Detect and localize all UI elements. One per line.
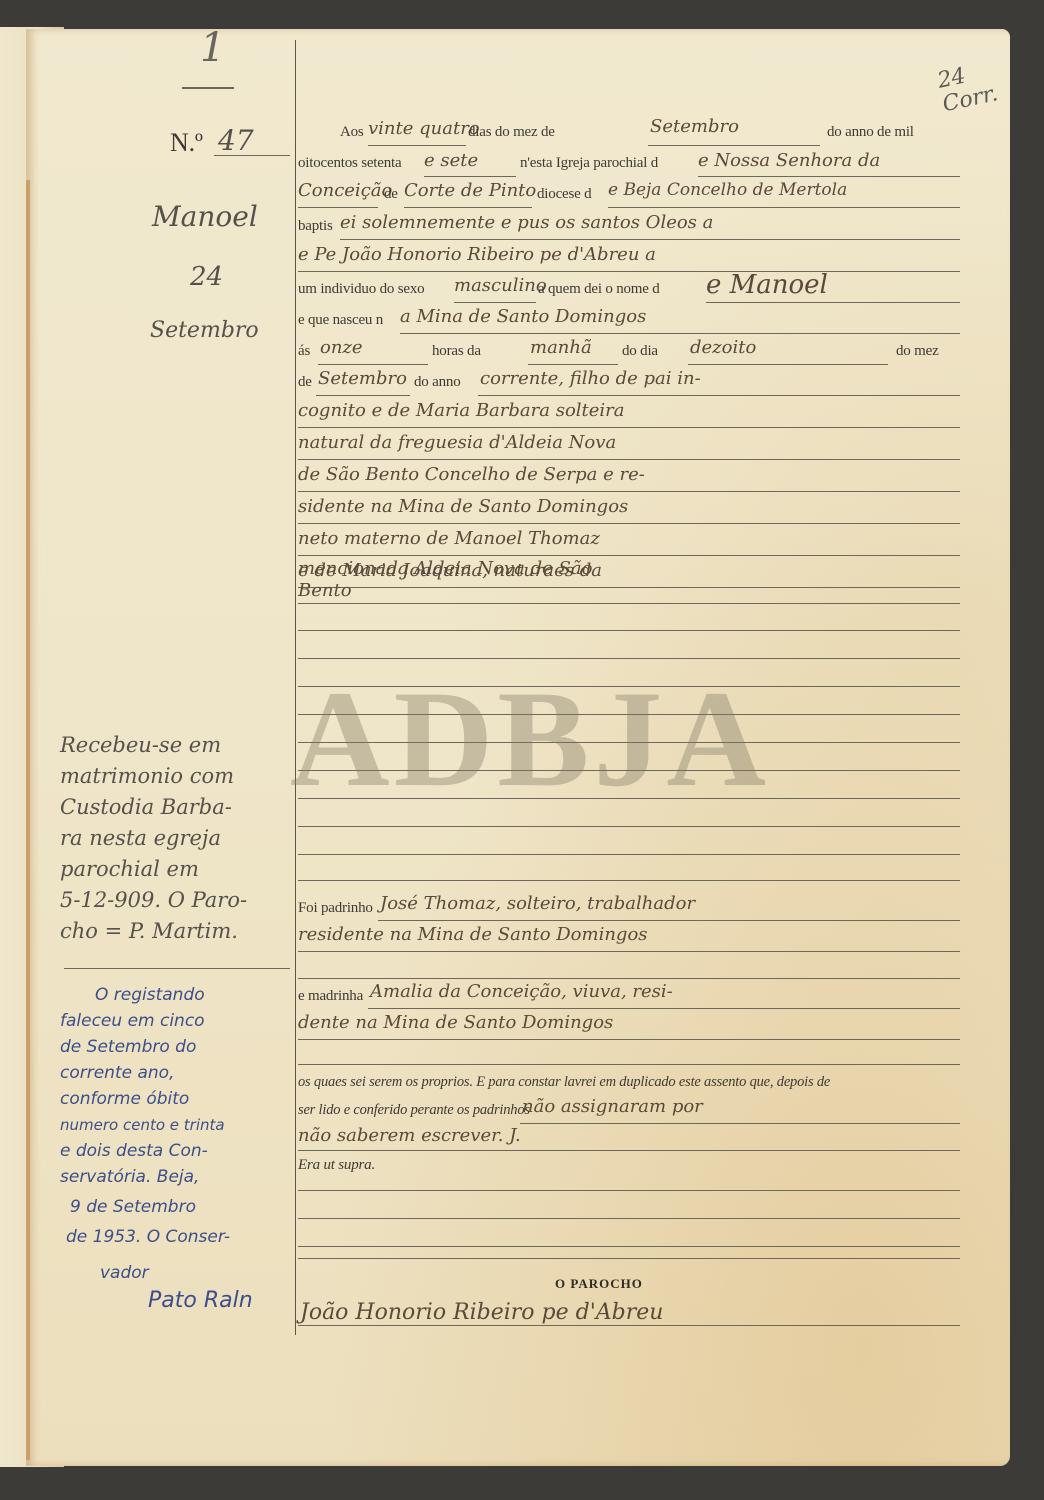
archive-watermark: ADBJA: [290, 670, 770, 808]
death-note-line: O registando: [95, 982, 325, 1008]
printed-text: n'esta Igreja parochial d: [520, 155, 658, 172]
printed-text: de: [384, 186, 398, 203]
signature-line: [298, 1325, 960, 1326]
handwritten-birthplace: a Mina de Santo Domingos: [400, 306, 646, 327]
form-line: [454, 302, 536, 303]
form-line: [298, 459, 960, 460]
handwritten-diocese: e Beja Concelho de Mertola: [608, 180, 847, 200]
blank-line: [298, 854, 960, 855]
conservador-signature: Pato Raln: [148, 1288, 253, 1313]
death-note-line: servatória. Beja,: [60, 1164, 290, 1190]
godfather-line-2: residente na Mina de Santo Domingos: [298, 924, 648, 945]
death-note-line: de Setembro do: [60, 1034, 290, 1060]
form-line: [478, 395, 960, 396]
printed-text: de: [298, 374, 312, 391]
blank-line: [298, 1258, 960, 1259]
handwritten-hour: onze: [320, 337, 363, 358]
handwritten-birth-month: Setembro: [318, 368, 407, 389]
form-line: [298, 1150, 960, 1151]
form-line: [298, 427, 960, 428]
godmother-line-2: dente na Mina de Santo Domingos: [298, 1012, 613, 1033]
blank-line: [298, 1246, 960, 1247]
printed-text: dias do mez de: [468, 124, 555, 141]
form-line: [400, 333, 960, 334]
page-number-underline: [182, 87, 234, 89]
printed-text: um individuo do sexo: [298, 281, 424, 298]
godfather-line-1: José Thomaz, solteiro, trabalhador: [380, 893, 695, 914]
entry-number: 47: [218, 124, 254, 157]
printed-text: oitocentos setenta: [298, 155, 401, 172]
blank-line: [298, 1064, 960, 1065]
handwritten-line: neto materno de Manoel Thomaz: [298, 528, 600, 549]
parocho-label: O PAROCHO: [555, 1276, 643, 1292]
form-line: [298, 603, 960, 604]
handwritten-line: de São Bento Concelho de Serpa e re-: [298, 464, 645, 485]
handwritten-day: vinte quatro: [368, 118, 480, 139]
priest-signature: João Honorio Ribeiro pe d'Abreu: [300, 1300, 663, 1325]
printed-text: Aos: [340, 124, 364, 141]
handwritten-birth-day: dezoito: [690, 337, 756, 358]
form-line: [318, 364, 428, 365]
handwritten-line: mencionada Aldeia Nova de São: [298, 558, 592, 579]
death-note-line: conforme óbito: [60, 1086, 290, 1112]
form-line: [706, 302, 960, 303]
form-line: [528, 364, 618, 365]
form-line: [316, 395, 410, 396]
death-note-line: 9 de Setembro: [70, 1194, 300, 1220]
printed-text: ás: [298, 343, 310, 360]
form-line: [298, 555, 960, 556]
form-line: [378, 920, 960, 921]
handwritten-year: e sete: [424, 150, 478, 171]
closing-handwritten-2: não saberem escrever. J.: [298, 1125, 521, 1146]
form-line: [608, 207, 960, 208]
handwritten-line: natural da freguesia d'Aldeia Nova: [298, 432, 616, 453]
form-line: [688, 364, 888, 365]
blank-line: [298, 658, 960, 659]
blank-line: [298, 630, 960, 631]
form-line: [368, 1008, 960, 1009]
printed-text: a quem dei o nome d: [538, 281, 660, 298]
margin-name: Manoel: [152, 200, 258, 233]
form-line: [298, 271, 960, 272]
era-ut-supra: Era ut supra.: [298, 1157, 375, 1174]
godmother-line-1: Amalia da Conceição, viuva, resi-: [370, 981, 673, 1002]
handwritten-line: Bento: [298, 580, 352, 601]
marriage-note-line: ra nesta egreja: [60, 823, 290, 854]
form-line: [298, 207, 378, 208]
blank-line: [298, 1190, 960, 1191]
marriage-note-line: matrimonio com: [60, 761, 290, 792]
blank-line: [298, 978, 960, 979]
handwritten-line: sidente na Mina de Santo Domingos: [298, 496, 628, 517]
form-line: [298, 491, 960, 492]
form-line: [404, 207, 532, 208]
handwritten-month: Setembro: [650, 116, 739, 137]
handwritten-sex: masculino: [454, 275, 547, 296]
godmother-label: e madrinha: [298, 988, 363, 1005]
handwritten-priest: e Pe João Honorio Ribeiro pe d'Abreu a: [298, 244, 656, 265]
form-line: [298, 587, 960, 588]
death-note-line: de 1953. O Conser-: [66, 1224, 296, 1250]
margin-month: Setembro: [150, 318, 259, 343]
marriage-note-line: cho = P. Martim.: [60, 916, 290, 947]
closing-text-2: ser lido e conferido perante os padrinho…: [298, 1102, 530, 1119]
form-line: [340, 239, 960, 240]
handwritten-filiation: corrente, filho de pai in-: [480, 368, 701, 389]
handwritten-baptism: ei solemnemente e pus os santos Oleos a: [340, 212, 713, 233]
marriage-note-line: parochial em: [60, 854, 290, 885]
blank-line: [298, 826, 960, 827]
printed-text: do mez: [896, 343, 939, 360]
blank-line: [298, 1218, 960, 1219]
printed-text: do anno de mil: [827, 124, 914, 141]
marriage-note-line: Custodia Barba-: [60, 792, 290, 823]
handwritten-town: Corte de Pinto: [404, 180, 536, 201]
page-number: 1: [200, 25, 225, 71]
printed-text: diocese d: [537, 186, 591, 203]
marriage-note-line: 5-12-909. O Paro-: [60, 885, 290, 916]
form-line: [298, 523, 960, 524]
death-note-line: e dois desta Con-: [60, 1138, 290, 1164]
handwritten-parish: e Nossa Senhora da: [698, 150, 880, 171]
margin-day: 24: [190, 262, 223, 292]
printed-text: e que nasceu n: [298, 312, 383, 329]
marriage-note-line: Recebeu-se em: [60, 730, 290, 761]
form-line: [698, 176, 960, 177]
form-line: [520, 1123, 960, 1124]
page-binding-edge: [26, 180, 30, 1460]
form-line: [298, 951, 960, 952]
form-line: [298, 1039, 960, 1040]
form-line: [648, 145, 820, 146]
printed-text: do dia: [622, 343, 658, 360]
margin-divider: [64, 968, 290, 969]
printed-text: baptis: [298, 218, 333, 235]
death-note-line: corrente ano,: [60, 1060, 290, 1086]
death-note-line: numero cento e trinta: [60, 1112, 290, 1138]
handwritten-parish-cont: Conceição: [298, 180, 392, 201]
entry-number-label: N.º: [170, 128, 203, 158]
closing-text-1: os quaes sei serem os proprios. E para c…: [298, 1074, 830, 1091]
handwritten-line: cognito e de Maria Barbara solteira: [298, 400, 625, 421]
godfather-label: Foi padrinho: [298, 900, 373, 917]
blank-line: [298, 880, 960, 881]
entry-number-rule: [214, 155, 290, 156]
death-note-line: faleceu em cinco: [60, 1008, 290, 1034]
handwritten-child-name: e Manoel: [706, 270, 828, 300]
death-note-line: vador: [100, 1260, 330, 1286]
closing-handwritten-1: não assignaram por: [522, 1096, 703, 1117]
form-line: [368, 145, 466, 146]
printed-text: horas da: [432, 343, 481, 360]
printed-text: do anno: [414, 374, 461, 391]
form-line: [424, 176, 516, 177]
handwritten-period: manhã: [530, 337, 592, 358]
